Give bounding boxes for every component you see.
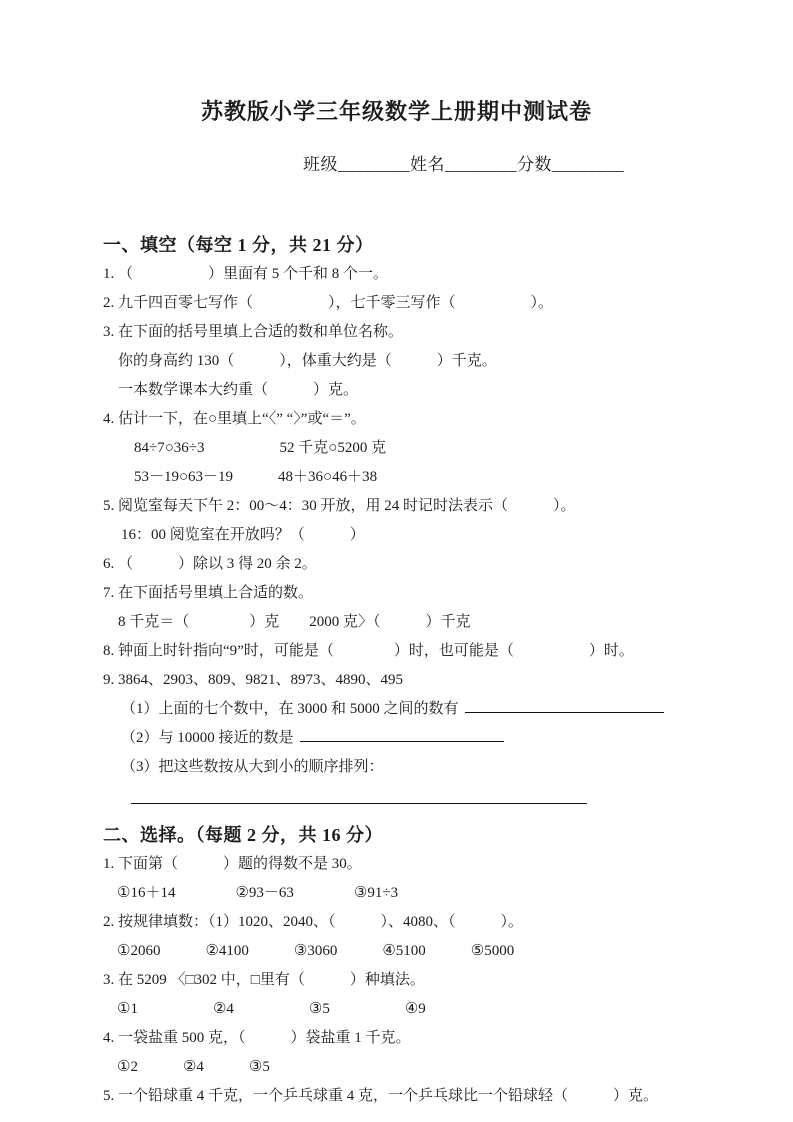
answer-blank: [300, 727, 504, 742]
fill-q3-height-line: 你的身高约 130（ ），体重大约是（ ）千克。: [103, 347, 738, 376]
page-content: 班级________姓名________分数________ 一、填空（每空 1…: [0, 155, 793, 1111]
choice-q2-options: ①2060 ②4100 ③3060 ④5100 ⑤5000: [103, 937, 738, 966]
student-info-line: 班级________姓名________分数________: [303, 155, 738, 175]
doc-title: 苏教版小学三年级数学上册期中测试卷: [0, 0, 793, 124]
fill-q2: 2. 九千四百零七写作（ ），七千零三写作（ ）。: [103, 289, 738, 318]
choice-q3: 3. 在 5209 〈□302 中，□里有（ ）种填法。: [103, 966, 738, 995]
choice-q5: 5. 一个铅球重 4 千克，一个乒乓球重 4 克，一个乒乓球比一个铅球轻（ ）克…: [103, 1082, 738, 1111]
choice-q4-options: ①2 ②4 ③5: [103, 1053, 738, 1082]
fill-q3-book-line: 一本数学课本大约重（ ）克。: [103, 376, 738, 405]
choice-q3-options: ①1 ②4 ③5 ④9: [103, 995, 738, 1024]
fill-q4-expressions-row1: 84÷7○36÷3 52 千克○5200 克: [103, 434, 738, 463]
choice-q1: 1. 下面第（ ）题的得数不是 30。: [103, 850, 738, 879]
answer-blank: [465, 698, 664, 713]
fill-q4-expressions-row2: 53－19○63－19 48＋36○46＋38: [103, 463, 738, 492]
fill-q8: 8. 钟面上时针指向“9”时，可能是（ ）时，也可能是（ ）时。: [103, 637, 738, 666]
fill-q7: 7. 在下面括号里填上合适的数。: [103, 579, 738, 608]
test-paper-page: 苏教版小学三年级数学上册期中测试卷 班级________姓名________分数…: [0, 0, 793, 1122]
section-fill-heading: 一、填空（每空 1 分，共 21 分）: [103, 231, 738, 260]
fill-q5-followup-line: 16：00 阅览室在开放吗？（ ）: [103, 521, 738, 550]
fill-q9-part3: （3）把这些数按从大到小的顺序排列：: [103, 753, 738, 782]
fill-q1: 1. （ ）里面有 5 个千和 8 个一。: [103, 260, 738, 289]
fill-q5: 5. 阅览室每天下午 2：00～4：30 开放，用 24 时记时法表示（ ）。: [103, 492, 738, 521]
fill-q3: 3. 在下面的括号里填上合适的数和单位名称。: [103, 318, 738, 347]
section-choice-heading: 二、选择。（每题 2 分，共 16 分）: [103, 821, 738, 850]
answer-blank: [131, 791, 587, 804]
fill-q9: 9. 3864、2903、809、9821、8973、4890、495: [103, 666, 738, 695]
fill-q9-part3-answer-row: [103, 791, 738, 805]
fill-q6: 6. （ ）除以 3 得 20 余 2。: [103, 550, 738, 579]
choice-q2: 2. 按规律填数：（1）1020、2040、（ ）、4080、（ ）。: [103, 908, 738, 937]
choice-q4: 4. 一袋盐重 500 克，（ ）袋盐重 1 千克。: [103, 1024, 738, 1053]
fill-q9-part1: （1）上面的七个数中，在 3000 和 5000 之间的数有: [103, 695, 738, 724]
fill-q9-part1-text: （1）上面的七个数中，在 3000 和 5000 之间的数有: [121, 701, 459, 717]
choice-q1-options: ①16＋14 ②93－63 ③91÷3: [103, 879, 738, 908]
fill-q4: 4. 估计一下，在○里填上“〈” “〉”或“＝”。: [103, 405, 738, 434]
fill-q9-part2: （2）与 10000 接近的数是: [103, 724, 738, 753]
fill-q9-part2-text: （2）与 10000 接近的数是: [121, 730, 294, 746]
fill-q7-conversion-line: 8 千克＝（ ）克 2000 克〉（ ）千克: [103, 608, 738, 637]
